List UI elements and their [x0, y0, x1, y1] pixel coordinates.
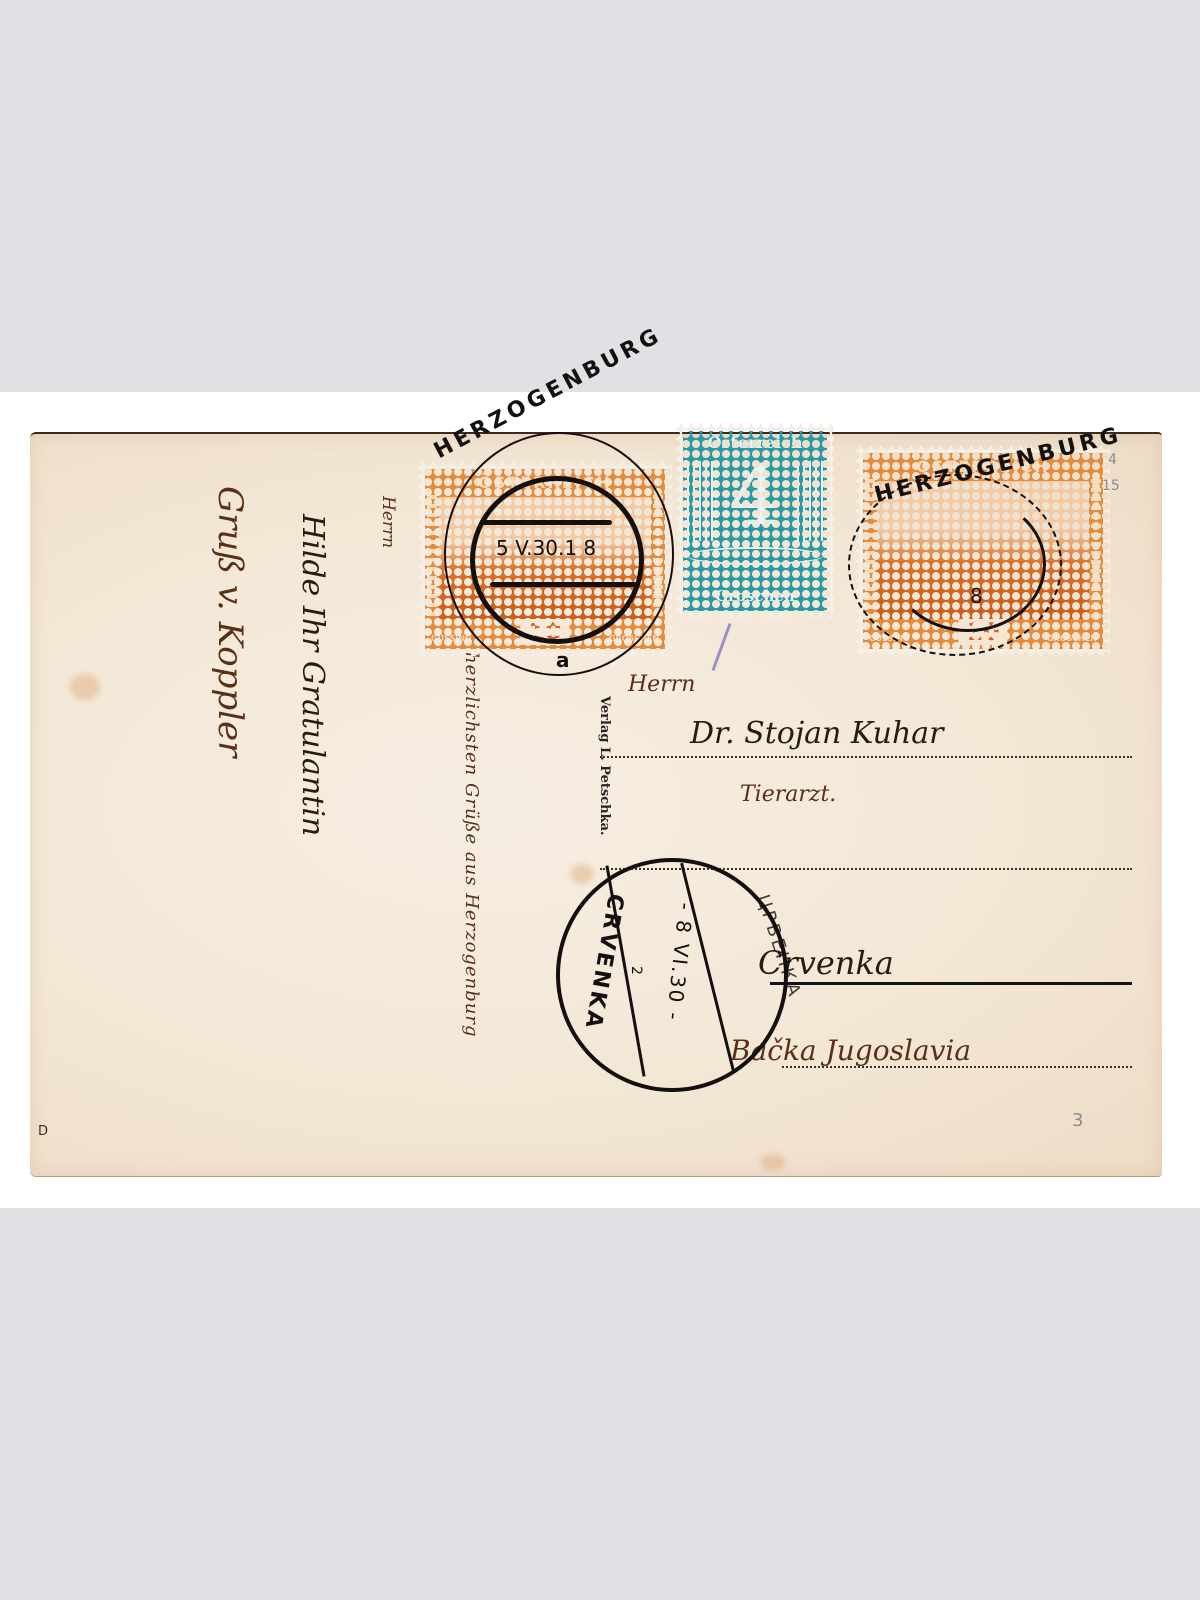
address-line-3-underline — [770, 982, 1132, 985]
top-background-band — [0, 0, 1200, 392]
message-line-names: Hilde Ihr Gratulantin — [295, 514, 330, 836]
postmark-inner-arc — [890, 496, 1046, 632]
postcard: Herrn Hilde Ihr Gratulantin Gruß v. Kopp… — [30, 432, 1162, 1176]
postmark-date: 5 V.30.1 8 — [496, 536, 596, 560]
postmark-date-second: 8 — [970, 584, 983, 608]
postmark-bar — [482, 520, 612, 525]
corner-mark: D — [38, 1124, 48, 1139]
publisher-imprint: Verlag L. Petschka. — [597, 696, 612, 836]
stamp-ornament — [687, 547, 823, 565]
address-name: Dr. Stojan Kuhar — [690, 716, 944, 751]
postmark-code: a — [556, 648, 570, 672]
pencil-note-4: 4 — [1108, 452, 1117, 468]
pencil-note-3: 3 — [1072, 1110, 1083, 1131]
message-line-greeting: herzlichsten Grüße aus Herzogenburg — [461, 652, 482, 1038]
message-line-salutation: Herrn — [378, 496, 398, 548]
address-salutation: Herrn — [628, 672, 695, 697]
message-line-signature: Gruß v. Koppler — [210, 486, 250, 757]
pencil-note-15: 15 — [1102, 478, 1120, 494]
postmark-bar — [490, 582, 640, 587]
postmark-herzogenburg-inner — [470, 476, 644, 644]
bottom-background-band — [0, 1208, 1200, 1600]
foxing-stain — [70, 674, 100, 700]
pencil-stroke — [712, 623, 732, 671]
address-profession: Tierarzt. — [740, 782, 836, 807]
postmark-crvenka-code: 2 — [628, 966, 644, 975]
stamp-4-groschen: Österreich 4 Groschen — [676, 424, 834, 618]
address-line-4 — [782, 1066, 1132, 1068]
foxing-stain — [570, 864, 594, 884]
address-line-1 — [600, 756, 1132, 758]
foxing-stain — [760, 1154, 786, 1170]
